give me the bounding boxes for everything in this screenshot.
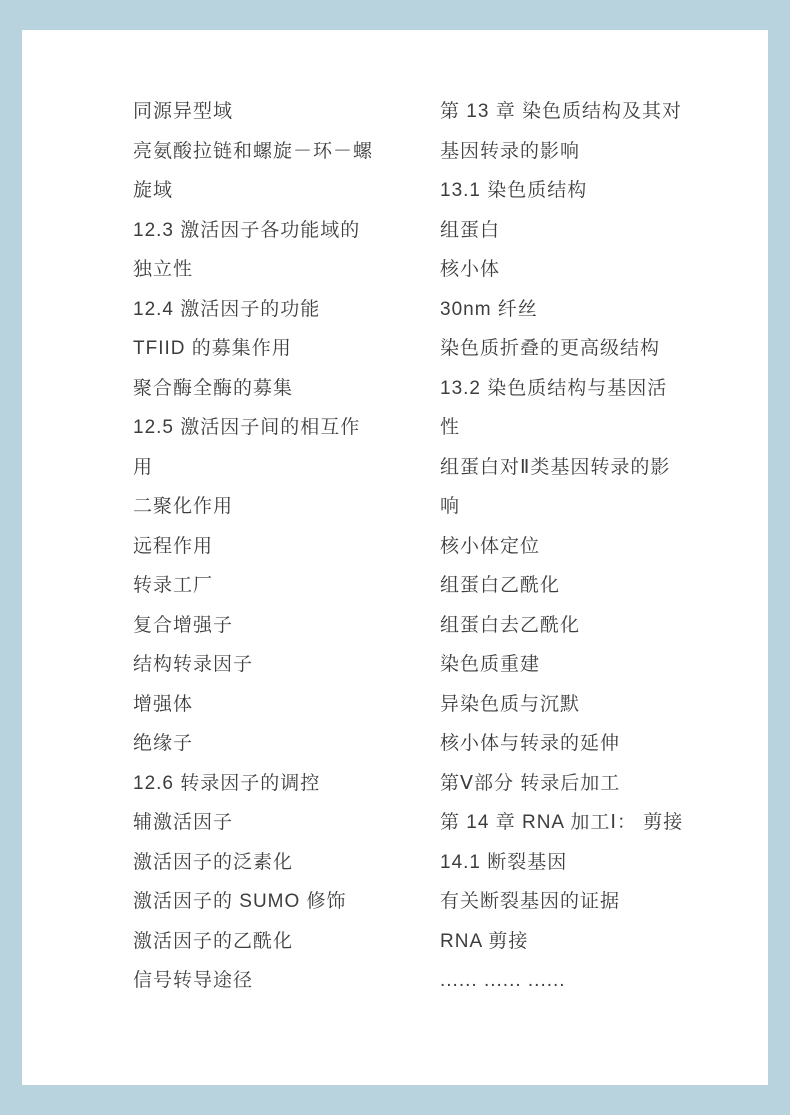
toc-line: 染色质重建	[440, 645, 745, 685]
toc-column-left: 同源异型域 亮氨酸拉链和螺旋－环－螺 旋域 12.3 激活因子各功能域的 独立性…	[133, 92, 428, 1001]
toc-line: 染色质折叠的更高级结构	[440, 329, 745, 369]
toc-line: 组蛋白	[440, 211, 745, 251]
toc-line: 转录工厂	[133, 566, 428, 606]
toc-line: 有关断裂基因的证据	[440, 882, 745, 922]
toc-line: 13.1 染色质结构	[440, 171, 745, 211]
toc-line: RNA 剪接	[440, 922, 745, 962]
toc-line: 第 14 章 RNA 加工Ⅰ： 剪接	[440, 803, 745, 843]
toc-line: 14.1 断裂基因	[440, 843, 745, 883]
toc-line: 核小体与转录的延伸	[440, 724, 745, 764]
toc-line: 13.2 染色质结构与基因活	[440, 369, 745, 409]
toc-line: 增强体	[133, 685, 428, 725]
toc-line: 性	[440, 408, 745, 448]
toc-line: 聚合酶全酶的募集	[133, 369, 428, 409]
toc-line: 异染色质与沉默	[440, 685, 745, 725]
toc-line: 亮氨酸拉链和螺旋－环－螺	[133, 132, 428, 172]
toc-line: 组蛋白对Ⅱ类基因转录的影	[440, 448, 745, 488]
toc-line: TFIID 的募集作用	[133, 329, 428, 369]
toc-column-right: 第 13 章 染色质结构及其对 基因转录的影响 13.1 染色质结构 组蛋白 核…	[440, 92, 745, 1001]
toc-line: 12.6 转录因子的调控	[133, 764, 428, 804]
book-page-scan: { "page": { "frame_color": "#b9d3de", "p…	[0, 0, 790, 1115]
toc-line: 远程作用	[133, 527, 428, 567]
toc-line: ...... ...... ......	[440, 961, 745, 1001]
toc-line: 激活因子的泛素化	[133, 843, 428, 883]
toc-line: 复合增强子	[133, 606, 428, 646]
toc-line: 独立性	[133, 250, 428, 290]
toc-line: 响	[440, 487, 745, 527]
toc-line: 旋域	[133, 171, 428, 211]
toc-line: 30nm 纤丝	[440, 290, 745, 330]
toc-line: 组蛋白乙酰化	[440, 566, 745, 606]
toc-line: 同源异型域	[133, 92, 428, 132]
toc-line: 组蛋白去乙酰化	[440, 606, 745, 646]
toc-line: 辅激活因子	[133, 803, 428, 843]
document-page: 同源异型域 亮氨酸拉链和螺旋－环－螺 旋域 12.3 激活因子各功能域的 独立性…	[22, 30, 768, 1085]
toc-line: 核小体定位	[440, 527, 745, 567]
toc-line: 结构转录因子	[133, 645, 428, 685]
toc-line: 12.5 激活因子间的相互作	[133, 408, 428, 448]
toc-line: 用	[133, 448, 428, 488]
toc-line: 核小体	[440, 250, 745, 290]
toc-line: 基因转录的影响	[440, 132, 745, 172]
toc-line: 二聚化作用	[133, 487, 428, 527]
toc-line: 绝缘子	[133, 724, 428, 764]
toc-line: 激活因子的 SUMO 修饰	[133, 882, 428, 922]
toc-line: 12.4 激活因子的功能	[133, 290, 428, 330]
toc-line: 第Ⅴ部分 转录后加工	[440, 764, 745, 804]
toc-line: 12.3 激活因子各功能域的	[133, 211, 428, 251]
toc-line: 第 13 章 染色质结构及其对	[440, 92, 745, 132]
toc-line: 信号转导途径	[133, 961, 428, 1001]
toc-line: 激活因子的乙酰化	[133, 922, 428, 962]
